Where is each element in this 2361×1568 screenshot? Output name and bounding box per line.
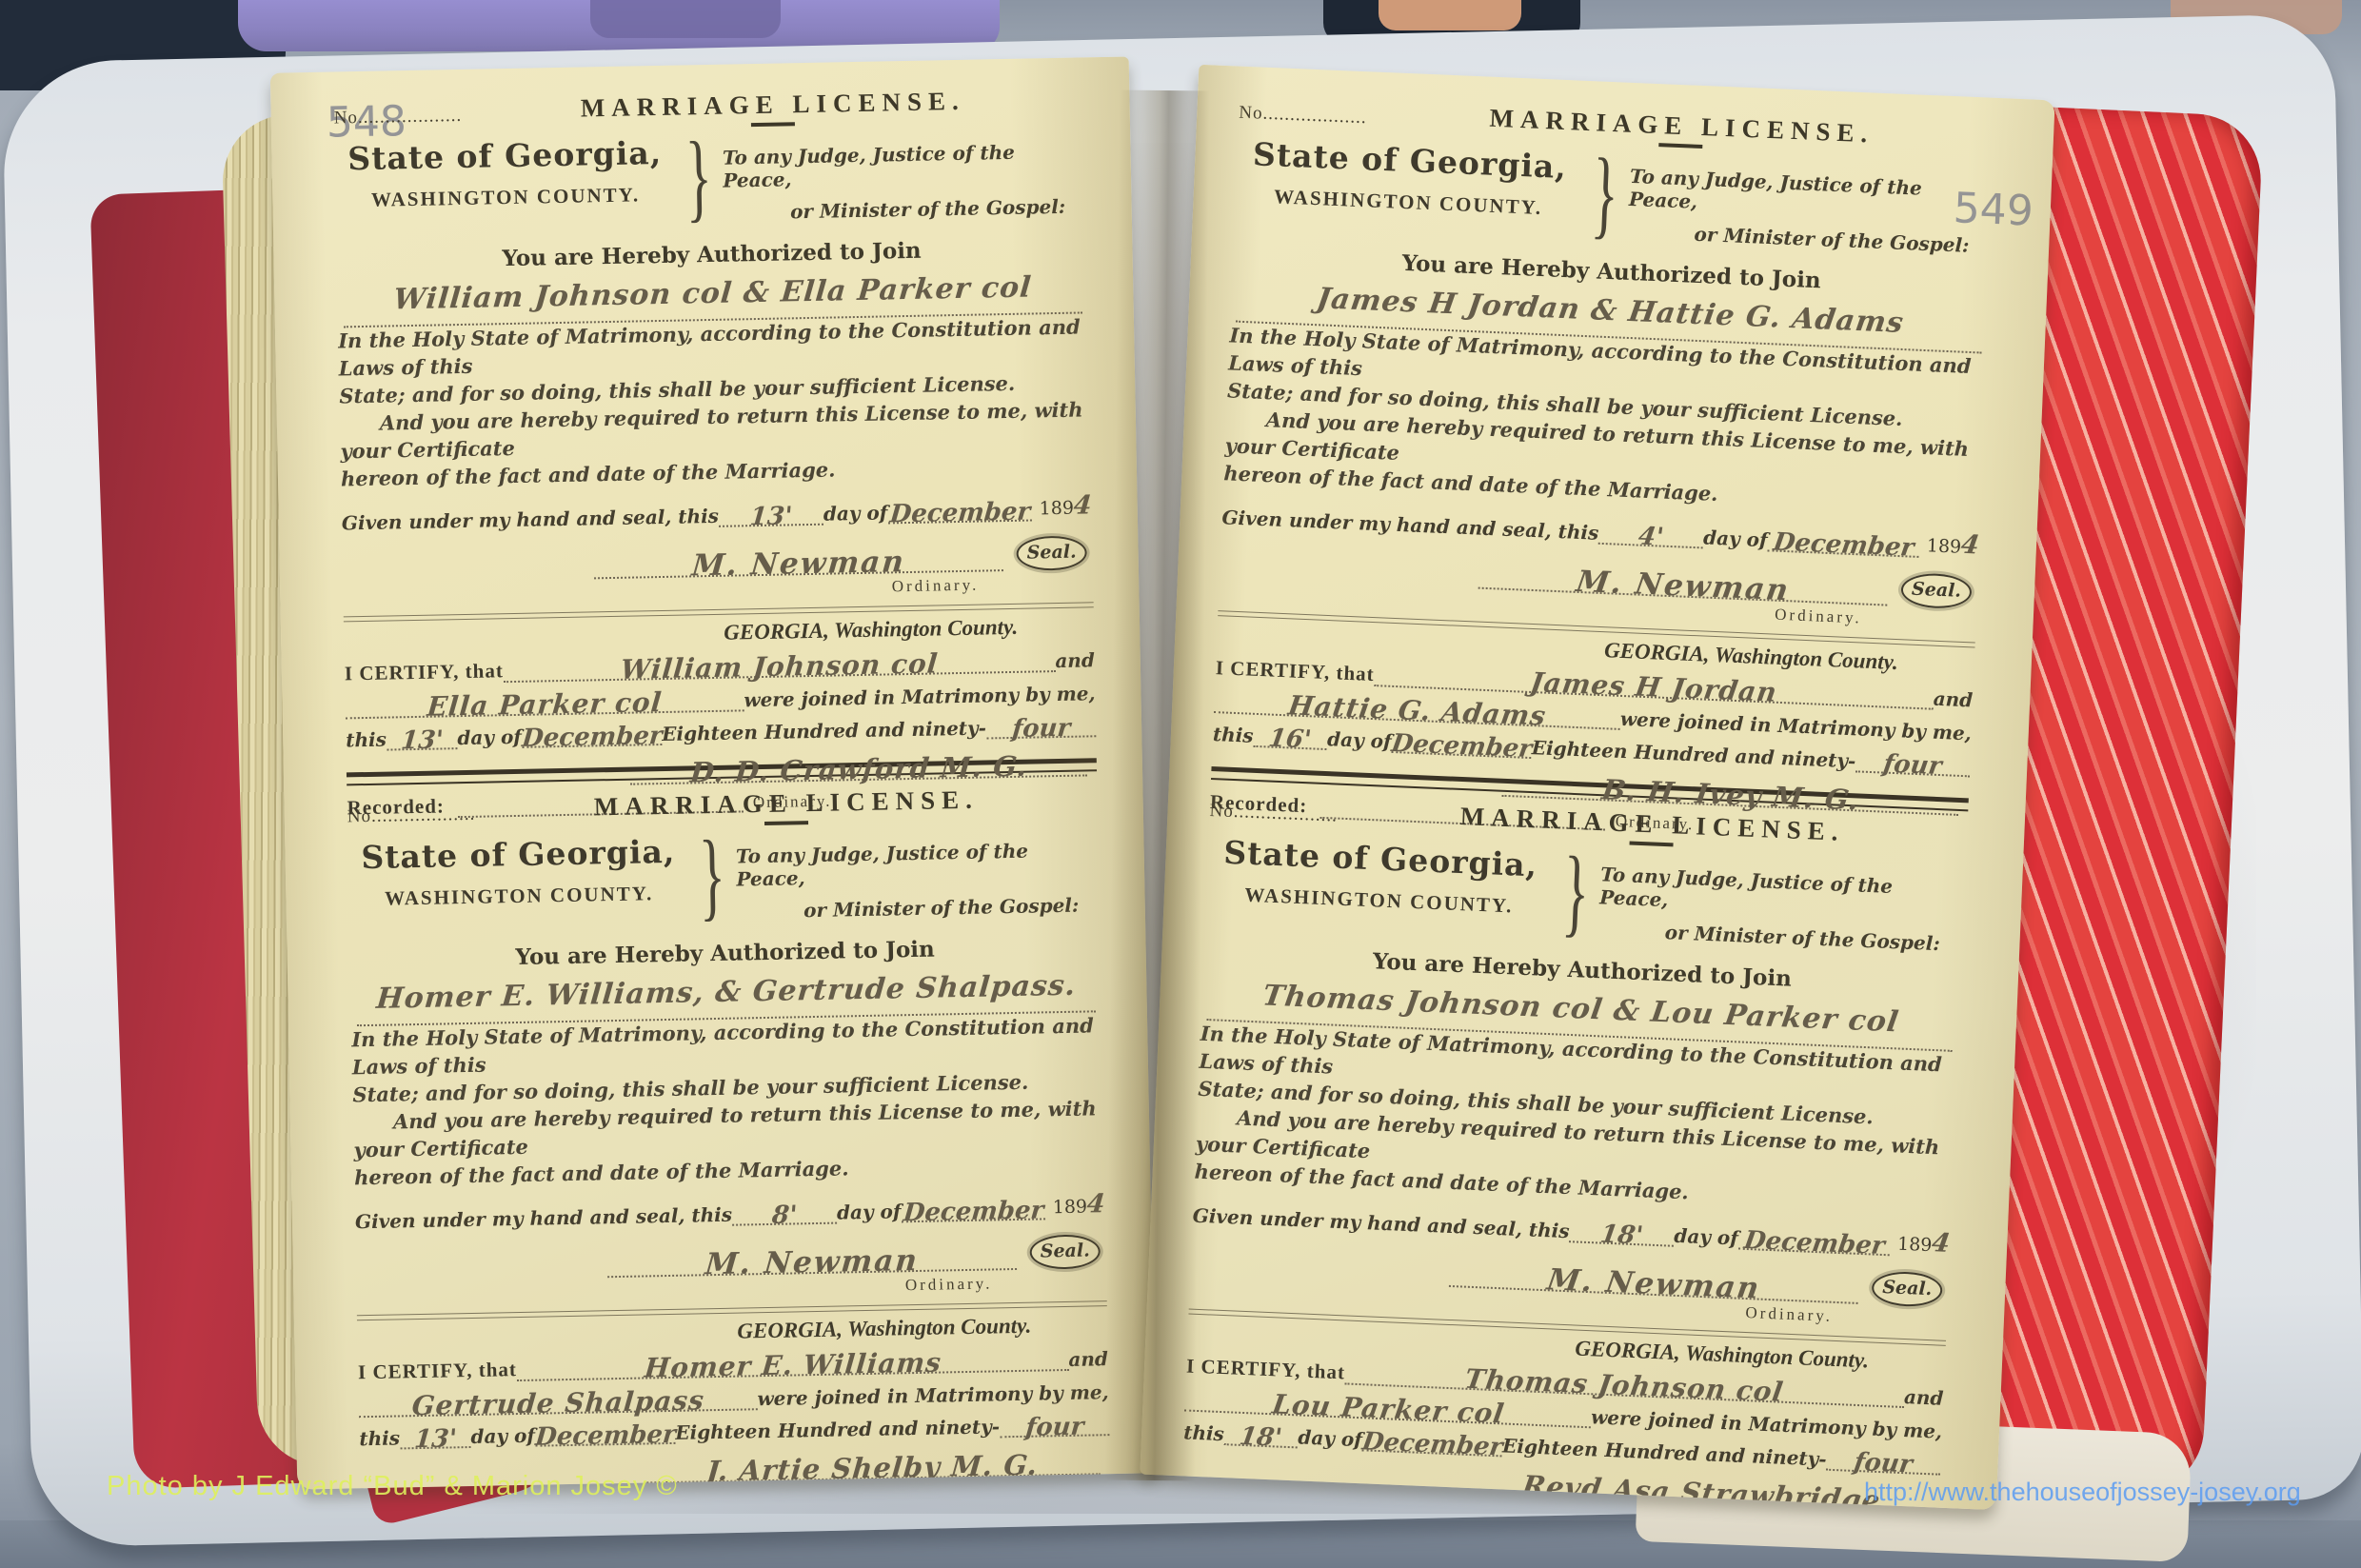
- brace-glyph: }: [1560, 843, 1591, 956]
- day-of-label: day of: [1674, 1224, 1738, 1250]
- and-label: and: [1904, 1385, 1944, 1410]
- state-heading: State of Georgia,: [334, 134, 675, 178]
- seal-label: Seal.: [1882, 1277, 1933, 1300]
- seal-label: Seal.: [1026, 541, 1076, 563]
- and-label: and: [1068, 1347, 1108, 1371]
- addressee-line2: or Minister of the Gospel:: [804, 893, 1100, 922]
- eighteen-label: Eighteen Hundred and ninety-: [1531, 736, 1855, 772]
- state-heading: State of Georgia,: [347, 833, 688, 877]
- form-title: MARRIAGE LICENSE.: [475, 783, 1098, 831]
- year-prefix: 189: [1053, 1196, 1088, 1218]
- this-label: this: [346, 727, 387, 751]
- cert-bride-line: Ella Parker col: [345, 687, 744, 719]
- seal-badge: Seal.: [1016, 535, 1087, 570]
- cert-year-word: four: [1024, 1417, 1084, 1437]
- this-label: this: [359, 1426, 400, 1450]
- day-of-label: day of: [823, 501, 888, 525]
- addressee-line1: To any Judge, Justice of the Peace,: [1629, 165, 1995, 226]
- day-of-label: day of: [1298, 1425, 1362, 1451]
- county-heading: WASHINGTON COUNTY.: [1205, 882, 1552, 920]
- issued-day-handwritten: 4': [1637, 526, 1665, 546]
- cert-year-line: four: [1826, 1448, 1941, 1476]
- eighteen-label: Eighteen Hundred and ninety-: [675, 1415, 1000, 1444]
- cert-year-word: four: [1882, 754, 1943, 775]
- addressee-line2: or Minister of the Gospel:: [1694, 223, 1993, 258]
- photo-of-marriage-license-book: { "photo": { "credit": "Photo by J Edwar…: [0, 0, 2361, 1568]
- eighteen-label: Eighteen Hundred and ninety-: [662, 716, 986, 745]
- officiant-signature: B. H. Ivey M. G.: [1600, 778, 1861, 811]
- seal-badge: Seal.: [1029, 1234, 1101, 1269]
- issued-month-line: December: [1737, 1226, 1890, 1256]
- issued-day-line: 13': [719, 503, 823, 527]
- and-label: and: [1933, 687, 1973, 712]
- issued-day-handwritten: 13': [749, 506, 793, 526]
- cert-bride-handwritten: Gertrude Shalpass: [411, 1391, 705, 1416]
- ordinary-signature: M. Newman: [704, 1249, 920, 1276]
- cert-day-handwritten: 16': [1268, 728, 1313, 749]
- seal-label: Seal.: [1041, 1240, 1090, 1261]
- seal-label: Seal.: [1912, 578, 1962, 601]
- issued-day-handwritten: 18': [1599, 1224, 1644, 1245]
- issued-day-line: 8': [732, 1201, 837, 1225]
- cert-groom-line: William Johnson col: [504, 648, 1056, 683]
- cert-bride-handwritten: Ella Parker col: [427, 693, 663, 717]
- state-heading: State of Georgia,: [1207, 833, 1555, 884]
- ordinary-signature-line: M. Newman: [607, 1242, 1017, 1278]
- issued-day-line: 18': [1569, 1220, 1675, 1247]
- given-label: Given under my hand and seal, this: [342, 505, 719, 535]
- couple-names-handwritten: Homer E. Williams, & Gertrude Shalpass.: [375, 969, 1078, 1016]
- book-page-right: 549 No................... MARRIAGE LICEN…: [1140, 65, 2054, 1510]
- cert-month-line: December: [522, 723, 663, 748]
- cert-year-line: four: [986, 714, 1097, 739]
- issued-year-digit: 4: [1086, 1189, 1106, 1219]
- cert-day-line: 13': [387, 726, 458, 750]
- joined-label: were joined in Matrimony by me,: [1591, 1405, 1943, 1442]
- cert-month-line: December: [1391, 730, 1532, 759]
- issued-month-line: December: [887, 498, 1032, 524]
- county-heading: WASHINGTON COUNTY.: [335, 183, 676, 213]
- seal-badge: Seal.: [1900, 572, 1972, 609]
- cert-day-handwritten: 13': [400, 730, 444, 750]
- county-heading: WASHINGTON COUNTY.: [348, 882, 689, 912]
- couple-names-handwritten: William Johnson col & Ella Parker col: [392, 270, 1033, 316]
- brace-glyph: }: [685, 128, 714, 241]
- year-prefix: 189: [1039, 497, 1074, 519]
- title-underline: [1658, 143, 1702, 149]
- certify-label: I CERTIFY, that: [1186, 1354, 1346, 1384]
- brace-glyph: }: [1590, 144, 1620, 257]
- license-number-field: No...................: [1209, 791, 1339, 827]
- cert-bride-handwritten: Hattie G. Adams: [1287, 696, 1548, 725]
- title-underline: [1630, 841, 1674, 846]
- cert-year-line: four: [1855, 749, 1971, 777]
- issued-month-handwritten: December: [889, 502, 1031, 524]
- cert-year-line: four: [1000, 1413, 1110, 1438]
- issued-year-digit: 4: [1959, 530, 1981, 561]
- cert-month-handwritten: December: [1390, 734, 1533, 759]
- cert-year-word: four: [1853, 1453, 1914, 1474]
- cert-day-line: 13': [400, 1425, 471, 1449]
- book-gutter-shadow: [1104, 90, 1209, 1481]
- officiant-signature-line: D. D. Crawford M. G.: [630, 748, 1087, 784]
- issued-month-handwritten: December: [903, 1201, 1044, 1222]
- purple-cloth-fold: [590, 0, 781, 38]
- issued-day-line: 4': [1598, 522, 1704, 549]
- this-label: this: [1212, 723, 1254, 747]
- certify-label: I CERTIFY, that: [345, 659, 504, 685]
- cert-month-line: December: [535, 1421, 676, 1447]
- given-label: Given under my hand and seal, this: [355, 1203, 732, 1234]
- ordinary-signature: M. Newman: [1575, 570, 1791, 602]
- issued-month-line: December: [1767, 528, 1919, 558]
- cert-day-handwritten: 18': [1239, 1427, 1283, 1448]
- joined-label: were joined in Matrimony by me,: [1619, 707, 1972, 744]
- addressee-line1: To any Judge, Justice of the Peace,: [1599, 863, 1966, 923]
- addressee-line1: To any Judge, Justice of the Peace,: [723, 139, 1085, 191]
- and-label: and: [1055, 648, 1095, 672]
- brace-glyph: }: [699, 826, 727, 940]
- day-of-label: day of: [1703, 526, 1768, 551]
- addressee-line2: or Minister of the Gospel:: [1664, 921, 1963, 956]
- cert-year-word: four: [1011, 719, 1071, 739]
- cert-groom-handwritten: Thomas Johnson col: [1464, 1370, 1785, 1402]
- cert-bride-line: Gertrude Shalpass: [358, 1386, 757, 1418]
- cert-groom-handwritten: Homer E. Williams: [644, 1353, 942, 1378]
- county-heading: WASHINGTON COUNTY.: [1235, 184, 1581, 222]
- issued-year-digit: 4: [1930, 1228, 1952, 1259]
- state-heading: State of Georgia,: [1237, 135, 1584, 187]
- ordinary-signature: M. Newman: [691, 550, 906, 577]
- cert-groom-line: Homer E. Williams: [517, 1347, 1069, 1381]
- marriage-license-549-bottom: No................... MARRIAGE LICENSE. …: [1182, 791, 1968, 1489]
- year-prefix: 189: [1897, 1233, 1933, 1255]
- cert-bride-handwritten: Lou Parker col: [1271, 1395, 1505, 1423]
- cert-day-line: 16': [1253, 724, 1328, 750]
- year-prefix: 189: [1926, 535, 1961, 557]
- marriage-license-549-top: No................... MARRIAGE LICENSE. …: [1212, 93, 1997, 791]
- license-number-field: No...................: [333, 96, 462, 129]
- certify-label: I CERTIFY, that: [358, 1358, 517, 1384]
- ordinary-signature: M. Newman: [1546, 1268, 1762, 1300]
- issued-month-handwritten: December: [1742, 1231, 1885, 1256]
- addressee-line1: To any Judge, Justice of the Peace,: [736, 838, 1099, 890]
- form-title: MARRIAGE LICENSE.: [462, 84, 1084, 132]
- cert-groom-handwritten: James H Jordan: [1529, 673, 1778, 703]
- book-page-left: 548 No................... MARRIAGE LICEN…: [270, 56, 1156, 1489]
- person-skin-patch: [1379, 0, 1521, 30]
- cert-month-line: December: [1361, 1428, 1502, 1457]
- title-underline: [751, 122, 795, 127]
- website-watermark: http://www.thehouseofjossey-josey.org: [1864, 1478, 2301, 1507]
- cert-month-handwritten: December: [1360, 1432, 1503, 1457]
- title-underline: [764, 821, 808, 825]
- marriage-license-548-bottom: No................... MARRIAGE LICENSE. …: [347, 783, 1109, 1463]
- given-label: Given under my hand and seal, this: [1221, 506, 1599, 545]
- day-of-label: day of: [1327, 727, 1392, 753]
- addressee-line2: or Minister of the Gospel:: [790, 194, 1086, 223]
- eighteen-label: Eighteen Hundred and ninety-: [1502, 1434, 1827, 1470]
- issued-month-handwritten: December: [1772, 532, 1915, 557]
- day-of-label: day of: [837, 1200, 902, 1223]
- certify-label: I CERTIFY, that: [1215, 656, 1375, 686]
- marriage-license-548-top: No................... MARRIAGE LICENSE. …: [333, 84, 1096, 764]
- seal-badge: Seal.: [1872, 1270, 1943, 1307]
- photo-credit-watermark: Photo by J Edward “Bud” & Marion Josey ©: [107, 1471, 678, 1502]
- ordinary-signature-line: M. Newman: [594, 544, 1003, 579]
- officiant-signature: D. D. Crawford M. G.: [689, 754, 1028, 784]
- cert-groom-handwritten: William Johnson col: [620, 654, 939, 679]
- day-of-label: day of: [457, 725, 522, 749]
- issued-day-handwritten: 8': [771, 1205, 798, 1225]
- cert-day-handwritten: 13': [413, 1429, 457, 1449]
- joined-label: were joined in Matrimony by me,: [757, 1380, 1109, 1410]
- cert-month-handwritten: December: [534, 1425, 676, 1447]
- license-number-field: No...................: [1239, 93, 1368, 129]
- cert-month-handwritten: December: [521, 726, 663, 748]
- issued-month-line: December: [901, 1197, 1045, 1222]
- issued-year-digit: 4: [1073, 490, 1093, 520]
- license-number-field: No...................: [347, 795, 475, 828]
- cert-day-line: 18': [1223, 1422, 1299, 1448]
- joined-label: were joined in Matrimony by me,: [744, 682, 1096, 711]
- given-label: Given under my hand and seal, this: [1192, 1203, 1570, 1242]
- day-of-label: day of: [470, 1424, 535, 1448]
